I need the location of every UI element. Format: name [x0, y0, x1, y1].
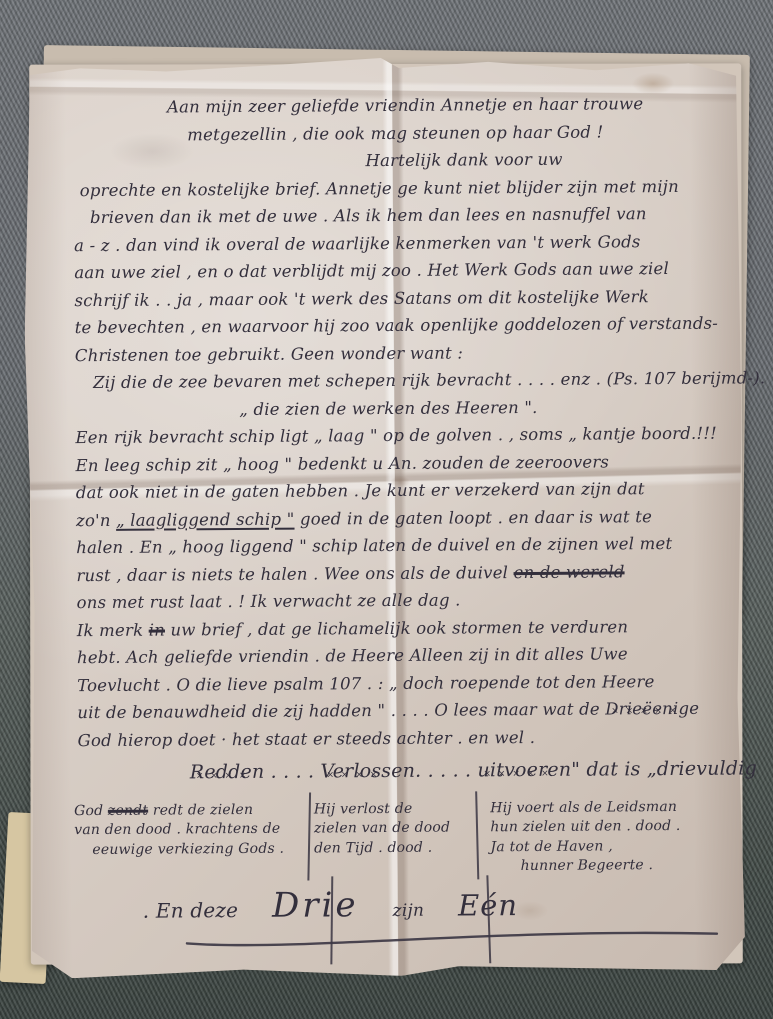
photo-scene: Aan mijn zeer geliefde vriendin Annetje …	[0, 0, 773, 1019]
letter-line: oprechte en kostelijke brief. Annetje ge…	[80, 172, 714, 204]
letter-line: den Tijd . dood .	[314, 838, 469, 859]
letter-line: Ja tot de Haven ,	[490, 836, 710, 857]
column-redden: God zendt redt de zielenvan den dood . k…	[72, 798, 302, 880]
letter-line: halen . En „ hoog liggend " schip laten …	[76, 530, 716, 562]
letter-line: Zij die de zee bevaren met schepen rijk …	[93, 365, 715, 397]
letter-line: zielen van de dood	[314, 818, 469, 839]
letter-line: „ die zien de werken des Heeren ".	[239, 392, 715, 423]
letter-line: hun zielen uit den . dood .	[490, 817, 710, 838]
letter-line: Hij verlost de	[314, 799, 469, 820]
column-verlossen: Hij verlost dezielen van de doodden Tijd…	[302, 797, 477, 878]
letter-line: Hij voert als de Leidsman	[490, 797, 710, 818]
letter-line: Een rijk bevracht schip ligt „ laag " op…	[75, 420, 715, 452]
letter-line: En leeg schip zit „ hoog " bedenkt u An.…	[76, 447, 716, 479]
letter-line: Christenen toe gebruikt. Geen wonder wan…	[75, 337, 715, 369]
letter-line: Aan mijn zeer geliefde vriendin Annetje …	[97, 90, 713, 122]
letter-line: hunner Begeerte .	[521, 856, 711, 877]
letter-text: Aan mijn zeer geliefde vriendin Annetje …	[23, 56, 745, 979]
letter-line: uit de benauwdheid die zij hadden " . . …	[77, 695, 717, 727]
letter-line: God zendt redt de zielen	[74, 800, 294, 821]
letter-line: te bevechten , en waarvoor hij zoo vaak …	[75, 310, 715, 342]
letter-line: Redden . . . . Verlossen. . . . . uitvoe…	[190, 756, 718, 787]
letter-line: Hartelijk dank voor uw	[365, 145, 713, 175]
letter-line: brieven dan ik met de uwe . Als ik hem d…	[90, 200, 714, 232]
letter-line: eeuwige verkiezing Gods .	[92, 839, 294, 860]
letter-line: zo'n „ laagliggend schip " goed in de ga…	[76, 502, 716, 534]
letter-body: Aan mijn zeer geliefde vriendin Annetje …	[67, 90, 718, 788]
letter-line: God hierop doet · het staat er steeds ac…	[77, 722, 717, 754]
conclusion-underline	[183, 923, 723, 953]
conclusion-prefix: . En deze	[143, 897, 239, 925]
letter-line: hebt. Ach geliefde vriendin . de Heere A…	[77, 640, 717, 672]
column-uitvoeren: Hij voert als de Leidsmanhun zielen uit …	[476, 795, 718, 877]
conclusion-line: . En deze Drie zijn Eén	[143, 889, 719, 927]
three-columns-section: God zendt redt de zielenvan den dood . k…	[72, 795, 719, 880]
letter-line: dat ook niet in de gaten hebben . Je kun…	[76, 475, 716, 507]
letter-line: aan uwe ziel , en o dat verblijdt mij zo…	[74, 255, 714, 287]
letter-line: metgezellin , die ook mag steunen op haa…	[77, 117, 713, 149]
letter-line: van den dood . krachtens de	[74, 820, 294, 841]
conclusion-word-drie: Drie	[272, 892, 359, 920]
conclusion-word-zijn: zijn	[393, 897, 425, 925]
letter-line: rust , daar is niets te halen . Wee ons …	[76, 557, 716, 589]
